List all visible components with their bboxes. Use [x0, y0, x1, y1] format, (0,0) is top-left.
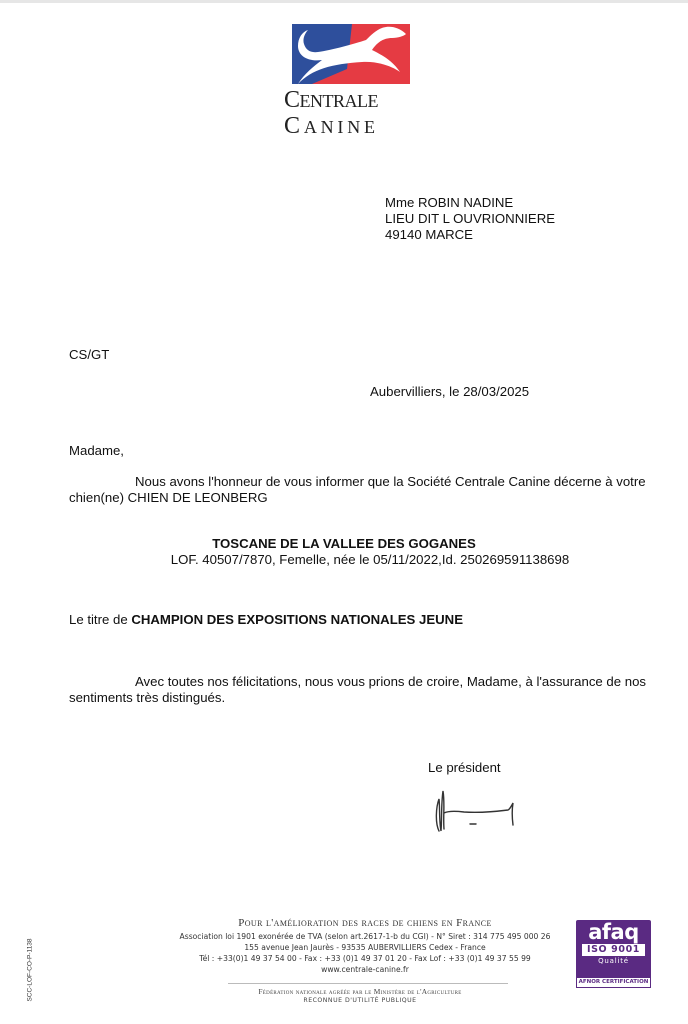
- centrale-canine-dog-logo-icon: [292, 24, 410, 84]
- awarded-title: CHAMPION DES EXPOSITIONS NATIONALES JEUN…: [131, 612, 463, 627]
- title-prefix: Le titre de: [69, 612, 131, 627]
- intro-line-1: Nous avons l'honneur de vous informer qu…: [135, 474, 646, 490]
- afaq-iso-9001-badge: afaq ISO 9001 Qualité AFNOR CERTIFICATIO…: [576, 920, 651, 988]
- reference-code: CS/GT: [69, 347, 109, 363]
- logo-wordmark: CENTRALE CANINE: [284, 88, 424, 140]
- closing-line-1: Avec toutes nos félicitations, nous vous…: [135, 674, 646, 690]
- handwritten-signature-icon: [430, 785, 520, 835]
- footer-motto: Pour l'amélioration des races de chiens …: [150, 917, 580, 929]
- footer-phones: Tél : +33(0)1 49 37 54 00 - Fax : +33 (0…: [150, 953, 580, 964]
- salutation: Madame,: [69, 443, 124, 459]
- logo-line-2: CANINE: [284, 113, 424, 140]
- document-reference-code: SCC-LOF-CO-P-1138: [27, 938, 34, 1001]
- title-line: Le titre de CHAMPION DES EXPOSITIONS NAT…: [69, 612, 463, 628]
- afaq-iso: ISO 9001: [582, 944, 645, 956]
- recipient-address-line-2: 49140 MARCE: [385, 227, 473, 243]
- footer-divider: [228, 983, 508, 984]
- scan-top-edge: [0, 0, 688, 3]
- afaq-cert: AFNOR CERTIFICATION: [576, 977, 651, 988]
- afaq-quality: Qualité: [576, 956, 651, 967]
- footer-federation: Fédération nationale agréée par le Minis…: [170, 987, 550, 996]
- recipient-address-line-1: LIEU DIT L OUVRIONNIERE: [385, 211, 555, 227]
- recipient-name: Mme ROBIN NADINE: [385, 195, 513, 211]
- place-date: Aubervilliers, le 28/03/2025: [370, 384, 529, 400]
- dog-name: TOSCANE DE LA VALLEE DES GOGANES: [0, 536, 688, 552]
- footer-address: 155 avenue Jean Jaurès - 93535 AUBERVILL…: [150, 942, 580, 953]
- logo-line-1: CENTRALE: [284, 88, 424, 113]
- footer-website[interactable]: www.centrale-canine.fr: [150, 964, 580, 975]
- footer-legal: Association loi 1901 exonérée de TVA (se…: [150, 931, 580, 942]
- signature-label: Le président: [428, 760, 501, 776]
- afaq-word: afaq: [576, 921, 651, 943]
- dog-details: LOF. 40507/7870, Femelle, née le 05/11/2…: [0, 552, 688, 568]
- footer-public-utility: RECONNUE D'UTILITÉ PUBLIQUE: [170, 997, 550, 1004]
- closing-line-2: sentiments très distingués.: [69, 690, 225, 706]
- intro-line-2: chien(ne) CHIEN DE LEONBERG: [69, 490, 268, 506]
